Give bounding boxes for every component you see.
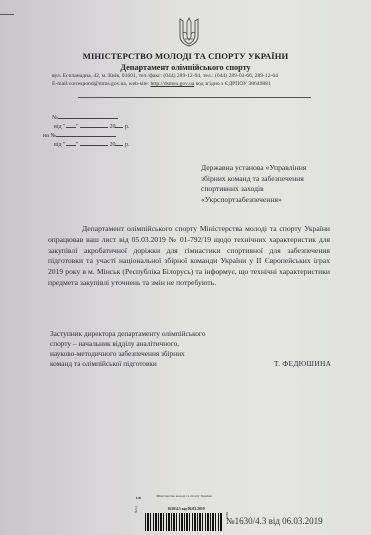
signatory-position: Заступник директора департаменту олімпій… xyxy=(50,329,205,369)
reply-number-field: на № xyxy=(43,130,116,139)
addressee-line: спортивних заходів xyxy=(201,184,306,195)
email-text: E-mail:correspond@mms.gov.ua, web-site: xyxy=(52,81,150,87)
header-divider xyxy=(78,97,311,98)
letter-body: Департамент олімпійського спорту Міністе… xyxy=(48,224,330,289)
barcode-left-label: №5-1 xyxy=(134,505,138,513)
addressee-block: Державна установа «Управління збірних ко… xyxy=(201,163,306,205)
outgoing-date-field: від "" 20 р. xyxy=(54,121,129,130)
outgoing-number-field: № xyxy=(52,112,118,121)
stamp-prefix: UB xyxy=(136,496,141,500)
body-paragraph: Департамент олімпійського спорту Міністе… xyxy=(48,224,330,289)
trident-emblem-icon xyxy=(178,17,200,47)
addressee-line: Державна установа «Управління xyxy=(201,163,306,174)
stamp-number: 1630/4.3 від 06.03.2019 xyxy=(150,507,222,511)
ministry-title: МІНІСТЕРСТВО МОЛОДІ ТА СПОРТУ УКРАЇНИ xyxy=(0,51,371,61)
addressee-line: збірних команд та забезпечення xyxy=(201,174,306,185)
letter-page: МІНІСТЕРСТВО МОЛОДІ ТА СПОРТУ УКРАЇНИ Де… xyxy=(0,0,371,535)
barcode-icon xyxy=(145,513,223,531)
registration-mark: №1630/4.3 від 06.03.2019 xyxy=(226,516,323,526)
reply-date-field: від "" 20 р. xyxy=(54,139,129,148)
corner-mark xyxy=(0,14,14,15)
address-line: вул. Еспланадна, 42, м. Київ, 01601, тел… xyxy=(52,73,278,79)
contact-line: E-mail:correspond@mms.gov.ua, web-site: … xyxy=(52,81,271,87)
signatory-name: Т. ФЕДЮШИНА xyxy=(274,359,331,368)
department-title: Департамент олімпійського спорту xyxy=(0,63,371,72)
website-link[interactable]: http://dsmsu.gov.ua xyxy=(150,81,194,87)
addressee-line: «Укрспортзабезпечення» xyxy=(201,195,306,206)
edrpou-code: код згідно з ЄДРПОУ 38649881 xyxy=(194,81,271,87)
stamp-organization: Міністерство молоді та спорту України xyxy=(148,494,220,498)
